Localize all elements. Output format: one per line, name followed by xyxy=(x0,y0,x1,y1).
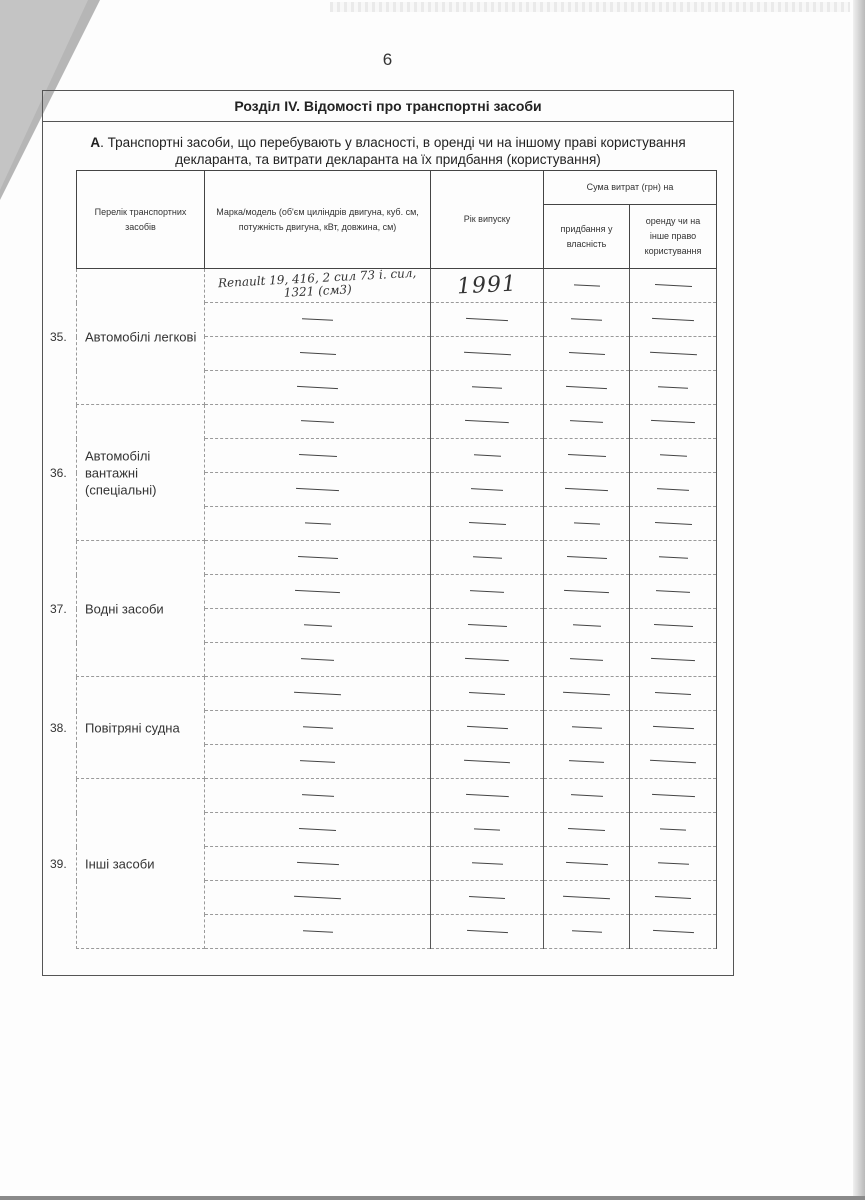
empty-dash xyxy=(470,590,504,593)
empty-dash xyxy=(570,658,603,661)
subsection-letter: А xyxy=(90,135,100,150)
cell-purchase xyxy=(544,575,630,609)
cell-purchase xyxy=(544,303,630,337)
header-rent: оренду чи на інше право користування xyxy=(630,205,717,269)
empty-dash xyxy=(472,556,501,559)
empty-dash xyxy=(567,454,605,457)
cell-model xyxy=(205,711,431,745)
empty-dash xyxy=(659,454,686,456)
cell-rent xyxy=(630,745,717,779)
empty-dash xyxy=(302,930,332,933)
empty-dash xyxy=(303,624,331,626)
empty-dash xyxy=(469,692,505,695)
cell-year xyxy=(431,847,544,881)
cell-model xyxy=(205,337,431,371)
cell-model: Renault 19, 416, 2 сил 73 і. сил, 1321 (… xyxy=(205,269,431,303)
empty-dash xyxy=(654,284,691,287)
category-number: 39. xyxy=(50,857,67,871)
cell-model xyxy=(205,575,431,609)
cell-rent xyxy=(630,405,717,439)
cell-purchase xyxy=(544,541,630,575)
scan-edge-bottom xyxy=(0,1196,865,1200)
cell-year xyxy=(431,575,544,609)
cell-model xyxy=(205,745,431,779)
empty-dash xyxy=(472,386,502,389)
empty-dash xyxy=(466,318,508,321)
empty-dash xyxy=(564,590,609,593)
cell-rent xyxy=(630,677,717,711)
category-number: 38. xyxy=(50,721,67,735)
empty-dash xyxy=(653,726,694,729)
empty-dash xyxy=(299,352,335,355)
empty-dash xyxy=(467,726,508,729)
category-name: Інші засоби xyxy=(85,855,155,872)
empty-dash xyxy=(301,658,334,661)
cell-rent xyxy=(630,609,717,643)
table-row: 35.Автомобілі легковіRenault 19, 416, 2 … xyxy=(77,269,717,303)
cell-purchase xyxy=(544,711,630,745)
category-name: Повітряні судна xyxy=(85,719,180,736)
empty-dash xyxy=(571,930,601,933)
table-row: 38.Повітряні судна xyxy=(77,677,717,711)
empty-dash xyxy=(568,828,605,831)
cell-model xyxy=(205,643,431,677)
cell-rent xyxy=(630,711,717,745)
empty-dash xyxy=(655,896,691,899)
cell-rent xyxy=(630,337,717,371)
category-cell: 35.Автомобілі легкові xyxy=(77,269,205,405)
cell-year xyxy=(431,473,544,507)
cell-model xyxy=(205,303,431,337)
cell-rent xyxy=(630,541,717,575)
cell-rent xyxy=(630,439,717,473)
page-number: 6 xyxy=(0,50,775,70)
cell-year xyxy=(431,541,544,575)
cell-year xyxy=(431,439,544,473)
empty-dash xyxy=(657,488,689,491)
empty-dash xyxy=(465,420,509,423)
cell-rent xyxy=(630,915,717,949)
header-expenses: Сума витрат (грн) на xyxy=(544,171,717,205)
cell-purchase xyxy=(544,643,630,677)
empty-dash xyxy=(467,930,508,933)
empty-dash xyxy=(653,930,694,933)
empty-dash xyxy=(464,352,511,355)
empty-dash xyxy=(298,556,338,559)
empty-dash xyxy=(656,590,690,593)
empty-dash xyxy=(570,420,603,423)
empty-dash xyxy=(655,692,691,695)
subsection-title: А. Транспортні засоби, що перебувають у … xyxy=(43,134,733,168)
empty-dash xyxy=(652,318,694,321)
empty-dash xyxy=(294,896,341,899)
cell-rent xyxy=(630,847,717,881)
scan-edge-right xyxy=(853,0,865,1200)
cell-year xyxy=(431,405,544,439)
empty-dash xyxy=(652,794,695,797)
empty-dash xyxy=(566,862,608,865)
cell-year xyxy=(431,643,544,677)
cell-rent xyxy=(630,371,717,405)
empty-dash xyxy=(568,352,604,355)
section-frame: Розділ IV. Відомості про транспортні зас… xyxy=(42,90,734,976)
empty-dash xyxy=(567,556,607,559)
cell-year xyxy=(431,813,544,847)
subsection-text: . Транспортні засоби, що перебувають у в… xyxy=(100,135,686,167)
empty-dash xyxy=(658,556,687,559)
cell-purchase xyxy=(544,847,630,881)
table-row: 37.Водні засоби xyxy=(77,541,717,575)
empty-dash xyxy=(658,386,688,389)
empty-dash xyxy=(650,352,697,355)
category-cell: 36.Автомобілі вантажні (спеціальні) xyxy=(77,405,205,541)
empty-dash xyxy=(297,386,338,389)
cell-model xyxy=(205,677,431,711)
cell-purchase xyxy=(544,507,630,541)
empty-dash xyxy=(471,862,502,865)
cell-model xyxy=(205,881,431,915)
cell-model xyxy=(205,439,431,473)
empty-dash xyxy=(302,318,333,321)
cell-year: 1991 xyxy=(431,269,544,303)
category-name: Водні засоби xyxy=(85,600,164,617)
empty-dash xyxy=(304,522,330,524)
cell-rent xyxy=(630,303,717,337)
empty-dash xyxy=(657,862,688,865)
category-number: 37. xyxy=(50,602,67,616)
category-number: 35. xyxy=(50,330,67,344)
empty-dash xyxy=(297,862,339,865)
cell-model xyxy=(205,813,431,847)
empty-dash xyxy=(651,658,695,661)
section-title: Розділ IV. Відомості про транспортні зас… xyxy=(43,91,733,122)
empty-dash xyxy=(650,760,696,763)
cell-year xyxy=(431,337,544,371)
empty-dash xyxy=(572,624,600,626)
table-row: 39.Інші засоби xyxy=(77,779,717,813)
empty-dash xyxy=(654,522,691,525)
cell-purchase xyxy=(544,405,630,439)
cell-purchase xyxy=(544,371,630,405)
cell-year xyxy=(431,303,544,337)
cell-year xyxy=(431,779,544,813)
category-name: Автомобілі легкові xyxy=(85,328,196,345)
empty-dash xyxy=(466,794,509,797)
cell-purchase xyxy=(544,269,630,303)
cell-purchase xyxy=(544,813,630,847)
empty-dash xyxy=(569,760,604,763)
empty-dash xyxy=(300,760,335,763)
cell-rent xyxy=(630,507,717,541)
cell-purchase xyxy=(544,473,630,507)
empty-dash xyxy=(570,794,602,797)
empty-dash xyxy=(295,590,340,593)
header-model: Марка/модель (об'єм циліндрів двигуна, к… xyxy=(205,171,431,269)
empty-dash xyxy=(468,624,507,627)
empty-dash xyxy=(471,488,503,491)
cell-model xyxy=(205,507,431,541)
cell-model xyxy=(205,473,431,507)
cell-year xyxy=(431,371,544,405)
empty-dash xyxy=(298,454,336,457)
cell-purchase xyxy=(544,677,630,711)
empty-dash xyxy=(473,454,500,456)
cell-model xyxy=(205,541,431,575)
cell-purchase xyxy=(544,337,630,371)
handwritten-year: 1991 xyxy=(456,271,517,299)
cell-model xyxy=(205,371,431,405)
cell-year xyxy=(431,745,544,779)
cell-rent xyxy=(630,473,717,507)
cell-rent xyxy=(630,575,717,609)
category-cell: 37.Водні засоби xyxy=(77,541,205,677)
cell-year xyxy=(431,677,544,711)
vehicles-table: Перелік транспортних засобів Марка/модел… xyxy=(76,170,717,949)
empty-dash xyxy=(299,828,336,831)
cell-rent xyxy=(630,269,717,303)
empty-dash xyxy=(468,522,505,525)
empty-dash xyxy=(296,488,339,491)
empty-dash xyxy=(474,828,500,830)
empty-dash xyxy=(464,760,510,763)
cell-year xyxy=(431,507,544,541)
category-cell: 38.Повітряні судна xyxy=(77,677,205,779)
cell-rent xyxy=(630,881,717,915)
empty-dash xyxy=(465,658,509,661)
header-list: Перелік транспортних засобів xyxy=(77,171,205,269)
category-number: 36. xyxy=(50,466,67,480)
cell-year xyxy=(431,915,544,949)
empty-dash xyxy=(651,420,695,423)
cell-model xyxy=(205,847,431,881)
cell-rent xyxy=(630,813,717,847)
cell-year xyxy=(431,881,544,915)
empty-dash xyxy=(573,522,599,524)
cell-year xyxy=(431,609,544,643)
scan-noise xyxy=(330,2,850,12)
cell-model xyxy=(205,405,431,439)
cell-model xyxy=(205,779,431,813)
empty-dash xyxy=(563,896,610,899)
empty-dash xyxy=(302,726,332,729)
empty-dash xyxy=(469,896,505,899)
empty-dash xyxy=(571,726,601,729)
cell-purchase xyxy=(544,439,630,473)
empty-dash xyxy=(654,624,693,627)
empty-dash xyxy=(563,692,610,695)
cell-purchase xyxy=(544,915,630,949)
empty-dash xyxy=(566,386,607,389)
cell-rent xyxy=(630,643,717,677)
cell-purchase xyxy=(544,779,630,813)
cell-purchase xyxy=(544,745,630,779)
cell-model xyxy=(205,609,431,643)
cell-model xyxy=(205,915,431,949)
category-name: Автомобілі вантажні (спеціальні) xyxy=(85,447,204,498)
empty-dash xyxy=(301,420,334,423)
empty-dash xyxy=(573,284,599,286)
header-purchase: придбання у власність xyxy=(544,205,630,269)
table-row: 36.Автомобілі вантажні (спеціальні) xyxy=(77,405,717,439)
cell-year xyxy=(431,711,544,745)
cell-purchase xyxy=(544,881,630,915)
cell-rent xyxy=(630,779,717,813)
empty-dash xyxy=(301,794,333,797)
header-year: Рік випуску xyxy=(431,171,544,269)
empty-dash xyxy=(571,318,602,321)
handwritten-model: Renault 19, 416, 2 сил 73 і. сил, 1321 (… xyxy=(204,266,430,304)
empty-dash xyxy=(565,488,608,491)
category-cell: 39.Інші засоби xyxy=(77,779,205,949)
empty-dash xyxy=(294,692,341,695)
cell-purchase xyxy=(544,609,630,643)
empty-dash xyxy=(660,828,686,830)
